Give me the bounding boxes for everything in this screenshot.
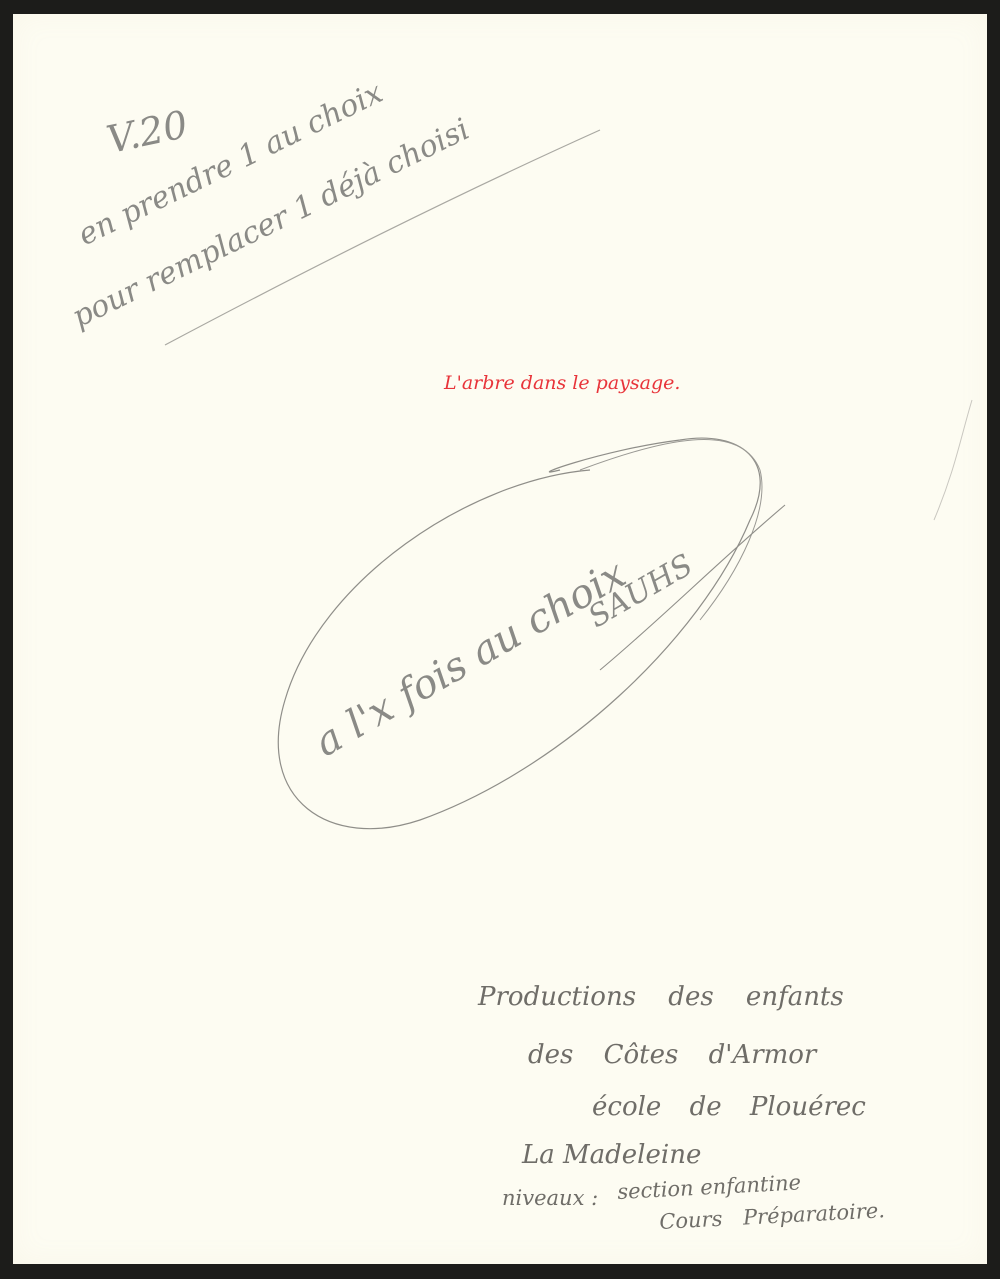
- caption-line-2: des Côtes d'Armor: [528, 1040, 816, 1070]
- edge-curve: [934, 400, 972, 520]
- caption-line-3: école de Plouérec: [592, 1092, 866, 1122]
- caption-line-4: La Madeleine: [522, 1140, 701, 1170]
- title-red: L'arbre dans le paysage.: [444, 372, 680, 394]
- caption-levels-label: niveaux :: [502, 1186, 598, 1210]
- caption-line-1: Productions des enfants: [478, 982, 844, 1012]
